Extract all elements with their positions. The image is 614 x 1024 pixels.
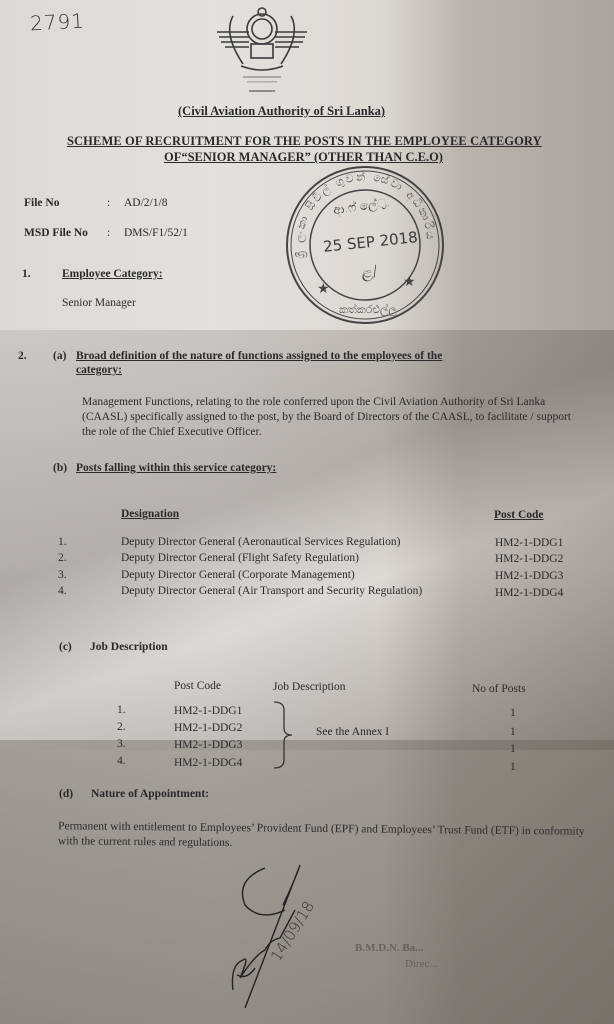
received-date-stamp: ★ ★ ශ්‍රී ලංකා සිවිල් ගුවන් සේවා අධිකාරි… xyxy=(283,163,448,328)
table-row-designation: Deputy Director General (Corporate Manag… xyxy=(121,569,355,581)
table-row-code: HM2-1-DDG1 xyxy=(174,705,242,717)
table-row-num: 3. xyxy=(117,738,126,750)
section2a-heading-line1: Broad definition of the nature of functi… xyxy=(76,350,442,362)
section2a-heading-line2: category: xyxy=(76,364,122,376)
table-row-code: HM2-1-DDG3 xyxy=(174,739,242,751)
table-row-num: 4. xyxy=(117,755,126,767)
table-row-posts: 1 xyxy=(510,761,516,773)
msd-file-no-separator: : xyxy=(107,227,110,239)
jd-post-code-header: Post Code xyxy=(174,680,221,692)
file-no-value: AD/2/1/8 xyxy=(124,197,167,209)
section2a-body: Management Functions, relating to the ro… xyxy=(82,395,582,440)
jd-shared-description: See the Annex I xyxy=(316,726,389,738)
curly-brace-icon xyxy=(272,700,296,770)
section2d-body: Permanent with entitlement to Employees’… xyxy=(58,819,588,855)
msd-file-no-label: MSD File No xyxy=(24,227,88,239)
table-row-code: HM2-1-DDG4 xyxy=(495,587,563,599)
jd-job-description-header: Job Description xyxy=(273,681,346,693)
table-row-posts: 1 xyxy=(510,743,516,755)
section2b-heading: Posts falling within this service catego… xyxy=(76,462,276,474)
table-row-num: 4. xyxy=(58,585,67,597)
section1-heading: Employee Category: xyxy=(62,268,163,280)
authority-name: (Civil Aviation Authority of Sri Lanka) xyxy=(178,104,385,119)
official-stamp-title: Direc... xyxy=(355,956,438,972)
table-row-designation: Deputy Director General (Flight Safety R… xyxy=(121,552,359,564)
table-row-code: HM2-1-DDG3 xyxy=(495,570,563,582)
table-row-designation: Deputy Director General (Aeronautical Se… xyxy=(121,536,400,548)
section2-number: 2. xyxy=(18,350,27,362)
section1-value: Senior Manager xyxy=(62,297,136,309)
file-no-label: File No xyxy=(24,197,59,209)
table-row-code: HM2-1-DDG2 xyxy=(495,553,563,565)
table-row-posts: 1 xyxy=(510,707,516,719)
msd-file-no-value: DMS/F1/52/1 xyxy=(124,227,188,239)
table-row-code: HM2-1-DDG2 xyxy=(174,722,242,734)
section2c-marker: (c) xyxy=(59,641,72,653)
section2d-heading: Nature of Appointment: xyxy=(91,788,209,800)
signature: 14/09/18 xyxy=(225,860,355,1010)
caasl-winged-emblem-icon xyxy=(213,4,311,96)
table-row-code: HM2-1-DDG1 xyxy=(495,537,563,549)
jd-no-of-posts-header: No of Posts xyxy=(472,683,526,695)
table-row-designation: Deputy Director General (Air Transport a… xyxy=(121,585,422,597)
post-code-column-header: Post Code xyxy=(494,509,544,521)
svg-text:කත්කරළුල්ල: කත්කරළුල්ල xyxy=(339,302,397,317)
section2b-marker: (b) xyxy=(53,462,67,474)
table-row-num: 3. xyxy=(58,569,67,581)
document-title-line1: SCHEME OF RECRUITMENT FOR THE POSTS IN T… xyxy=(67,134,542,149)
designation-column-header: Designation xyxy=(121,508,179,520)
table-row-num: 1. xyxy=(58,536,67,548)
official-name-stamp: B.M.D.N. Ba... Direc... xyxy=(355,940,438,972)
svg-text:★: ★ xyxy=(317,281,330,297)
table-row-posts: 1 xyxy=(510,726,516,738)
file-no-separator: : xyxy=(107,197,110,209)
table-row-num: 2. xyxy=(58,552,67,564)
section2c-heading: Job Description xyxy=(90,641,168,653)
section1-number: 1. xyxy=(22,268,31,280)
table-row-code: HM2-1-DDG4 xyxy=(174,757,242,769)
official-stamp-name: B.M.D.N. Ba... xyxy=(355,940,438,956)
caasl-logo xyxy=(213,4,311,96)
section2a-marker: (a) xyxy=(53,350,66,362)
section2d-marker: (d) xyxy=(59,788,73,800)
svg-text:★: ★ xyxy=(403,274,416,290)
table-row-num: 1. xyxy=(117,704,126,716)
table-row-num: 2. xyxy=(117,721,126,733)
stamp-initial: ළ/ xyxy=(360,262,379,283)
handwritten-reference-number: 2791 xyxy=(29,9,85,36)
